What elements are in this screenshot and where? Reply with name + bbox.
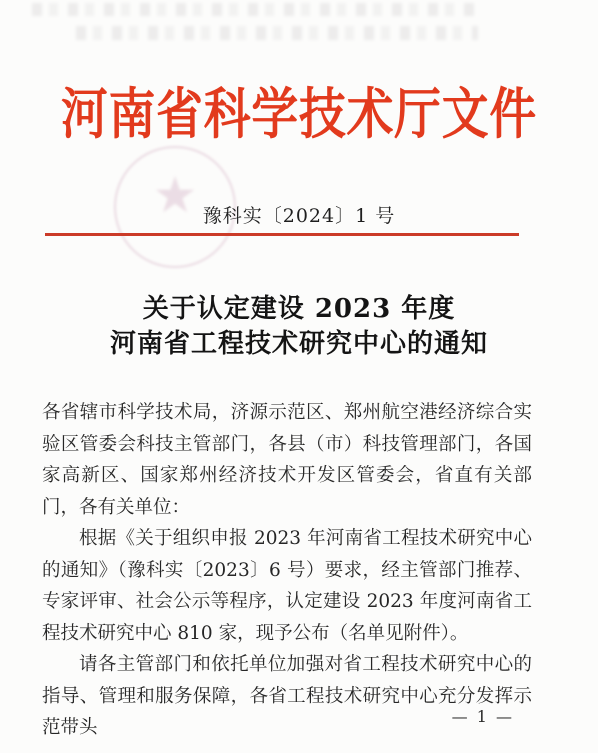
document-body: 各省辖市科学技术局，济源示范区、郑州航空港经济综合实验区管委会科技主管部门，各县… (42, 397, 532, 744)
notice-title: 关于认定建设 2023 年度 河南省工程技术研究中心的通知 (0, 292, 598, 362)
scanned-document-page: 河南省科学技术厅文件 ★ 豫科实〔2024〕1 号 关于认定建设 2023 年度… (0, 0, 598, 753)
body-paragraph-requirements: 请各主管部门和依托单位加强对省工程技术研究中心的指导、管理和服务保障，各省工程技… (42, 649, 532, 744)
notice-title-line2: 河南省工程技术研究中心的通知 (0, 327, 598, 362)
scan-bleed-artifact-top (32, 3, 474, 16)
document-number: 豫科实〔2024〕1 号 (0, 201, 598, 228)
red-divider-line (45, 233, 519, 236)
letterhead-title: 河南省科学技术厅文件 (45, 70, 553, 149)
page-number: — 1 — (452, 707, 514, 726)
scan-bleed-artifact-top2 (76, 26, 478, 40)
notice-title-line1: 关于认定建设 2023 年度 (0, 292, 598, 327)
body-paragraph-basis: 根据《关于组织申报 2023 年河南省工程技术研究中心的通知》（豫科实〔2023… (42, 523, 532, 649)
body-paragraph-addressees: 各省辖市科学技术局，济源示范区、郑州航空港经济综合实验区管委会科技主管部门，各县… (42, 397, 532, 523)
